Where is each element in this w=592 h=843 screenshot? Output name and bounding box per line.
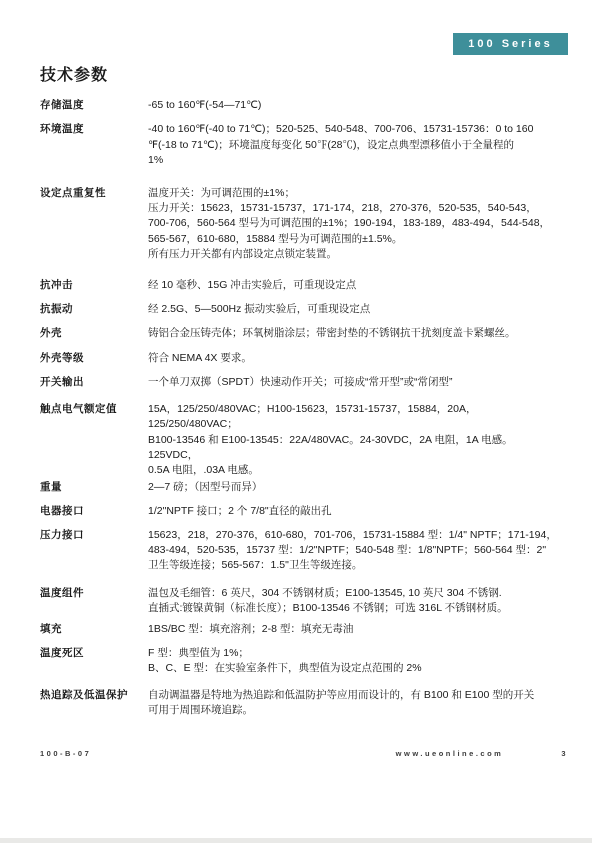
spec-row-switch-output: 开关输出 一个单刀双掷（SPDT）快速动作开关；可接成“常开型”或“常闭型” (40, 375, 562, 390)
spec-label: 环境温度 (40, 122, 148, 137)
spec-label: 设定点重复性 (40, 186, 148, 201)
spec-label: 抗振动 (40, 302, 148, 317)
doc-code: 100-B-07 (40, 749, 91, 758)
spec-label: 外壳等级 (40, 351, 148, 366)
spec-value: 温包及毛细管：6 英尺，304 不锈钢材质；E100-13545, 10 英尺 … (148, 586, 562, 617)
spec-value: 一个单刀双掷（SPDT）快速动作开关；可接成“常开型”或“常闭型” (148, 375, 562, 390)
page-title: 技术参数 (40, 62, 562, 85)
spec-value: 自动调温器是特地为热追踪和低温防护等应用而设计的，有 B100 和 E100 型… (148, 688, 562, 719)
spec-value: 符合 NEMA 4X 要求。 (148, 351, 562, 366)
spec-label: 开关输出 (40, 375, 148, 390)
website-url: www.ueonline.com (396, 749, 504, 758)
spec-row-ambient-temp: 环境温度 -40 to 160℉(-40 to 71℃)；520-525、540… (40, 122, 562, 168)
spec-label: 温度组件 (40, 586, 148, 601)
spec-label: 存储温度 (40, 98, 148, 113)
spec-row-setpoint-repeatability: 设定点重复性 温度开关：为可调范围的±1%； 压力开关：15623，15731-… (40, 186, 562, 263)
spec-row-temperature-deadband: 温度死区 F 型：典型值为 1%； B、C、E 型：在实验室条件下，典型值为设定… (40, 646, 562, 677)
spec-row-storage-temp: 存储温度 -65 to 160℉(-54—71℃) (40, 98, 562, 113)
spec-label: 抗冲击 (40, 278, 148, 293)
spec-value: 1/2"NPTF 接口；2 个 7/8"直径的敲出孔 (148, 504, 562, 519)
spec-row-heat-tracing: 热追踪及低温保护 自动调温器是特地为热追踪和低温防护等应用而设计的，有 B100… (40, 688, 562, 719)
spec-row-temperature-assembly: 温度组件 温包及毛细管：6 英尺，304 不锈钢材质；E100-13545, 1… (40, 586, 562, 617)
spec-value: F 型：典型值为 1%； B、C、E 型：在实验室条件下，典型值为设定点范围的 … (148, 646, 562, 677)
spec-label: 重量 (40, 480, 148, 495)
spec-label: 触点电气额定值 (40, 402, 148, 417)
spec-value: 15623，218，270-376，610-680，701-706，15731-… (148, 528, 562, 574)
spec-value: -65 to 160℉(-54—71℃) (148, 98, 562, 113)
page-footer: 100-B-07 www.ueonline.com 3 (40, 749, 568, 758)
spec-label: 电器接口 (40, 504, 148, 519)
spec-label: 外壳 (40, 326, 148, 341)
spec-row-enclosure: 外壳 铸铝合金压铸壳体；环氧树脂涂层；带密封垫的不锈钢抗干扰刻度盖卡紧螺丝。 (40, 326, 562, 341)
spec-value: 1BS/BC 型：填充溶剂；2-8 型：填充无毒油 (148, 622, 562, 637)
spec-value: 2—7 磅；（因型号而异） (148, 480, 562, 495)
spec-section: 技术参数 存储温度 -65 to 160℉(-54—71℃) 环境温度 -40 … (40, 62, 562, 728)
spec-label: 热追踪及低温保护 (40, 688, 148, 703)
footer-right-group: www.ueonline.com 3 (396, 749, 568, 758)
spec-row-enclosure-rating: 外壳等级 符合 NEMA 4X 要求。 (40, 351, 562, 366)
spec-value: 温度开关：为可调范围的±1%； 压力开关：15623，15731-15737，1… (148, 186, 562, 263)
spec-value: -40 to 160℉(-40 to 71℃)；520-525、540-548、… (148, 122, 562, 168)
series-banner-label: 100 Series (468, 38, 552, 50)
spec-label: 温度死区 (40, 646, 148, 661)
page-bottom-edge (0, 838, 592, 843)
spec-row-pressure-connection: 压力接口 15623，218，270-376，610-680，701-706，1… (40, 528, 562, 574)
spec-label: 填充 (40, 622, 148, 637)
spec-row-fill: 填充 1BS/BC 型：填充溶剂；2-8 型：填充无毒油 (40, 622, 562, 637)
spec-row-vibration-resistance: 抗振动 经 2.5G、5—500Hz 振动实验后，可重现设定点 (40, 302, 562, 317)
spec-label: 压力接口 (40, 528, 148, 543)
spec-table: 存储温度 -65 to 160℉(-54—71℃) 环境温度 -40 to 16… (40, 98, 562, 719)
spec-value: 经 10 毫秒、15G 冲击实验后，可重现设定点 (148, 278, 562, 293)
spec-row-shock-resistance: 抗冲击 经 10 毫秒、15G 冲击实验后，可重现设定点 (40, 278, 562, 293)
spec-value: 15A，125/250/480VAC；H100-15623，15731-1573… (148, 402, 562, 479)
spec-value: 铸铝合金压铸壳体；环氧树脂涂层；带密封垫的不锈钢抗干扰刻度盖卡紧螺丝。 (148, 326, 562, 341)
spec-row-contact-rating: 触点电气额定值 15A，125/250/480VAC；H100-15623，15… (40, 402, 562, 479)
series-banner: 100 Series (453, 33, 568, 55)
spec-row-weight: 重量 2—7 磅；（因型号而异） (40, 480, 562, 495)
spec-value: 经 2.5G、5—500Hz 振动实验后，可重现设定点 (148, 302, 562, 317)
page-number: 3 (561, 749, 568, 758)
spec-row-electrical-connection: 电器接口 1/2"NPTF 接口；2 个 7/8"直径的敲出孔 (40, 504, 562, 519)
